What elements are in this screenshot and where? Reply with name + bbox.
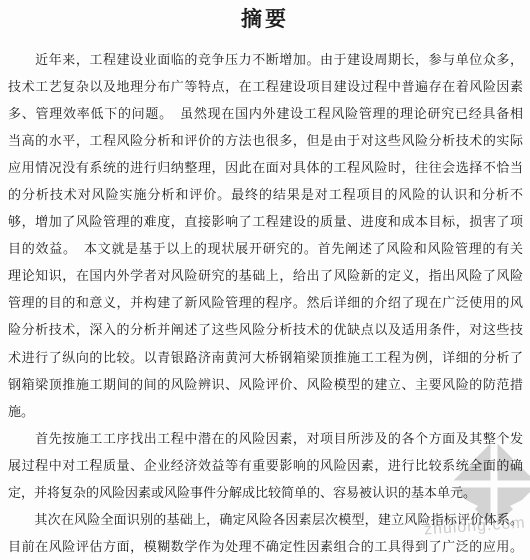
text-line: 管理的目的和意义，并构建了新风险管理的程序。然后详细的介绍了现在广泛使用的风 — [8, 289, 523, 316]
text-line: 施。 — [8, 398, 523, 425]
text-line: 定，并将复杂的风险因素或风险事件分解成比较简单的、容易被认识的基本单元。 — [8, 479, 523, 506]
text-line: 目的效益。 本文就是基于以上的现状展开研究的。首先阐述了风险和风险管理的有关 — [8, 235, 523, 262]
text-line: 首先按施工工序找出工程中潜在的风险因素，对项目所涉及的各个方面及其整个发 — [8, 425, 523, 452]
text-line: 目前在风险评估方面，模糊数学作为处理不确定性因素组合的工具得到了广泛的应用。 — [8, 533, 523, 560]
abstract-body: 近年来，工程建设业面临的竞争压力不断增加。由于建设周期长，参与单位众多，技术工艺… — [8, 46, 523, 560]
text-line: 理论知识，在国内外学者对风险研究的基础上，给出了风险新的定义，指出风险了风险 — [8, 262, 523, 289]
text-line: 其次在风险全面识别的基础上，确定风险各因素层次模型，建立风险指标评价体系。 — [8, 506, 523, 533]
text-line: 够，增加了风险管理的难度，直接影响了工程建设的质量、进度和成本目标，损害了项 — [8, 208, 523, 235]
text-line: 近年来，工程建设业面临的竞争压力不断增加。由于建设周期长，参与单位众多， — [8, 46, 523, 73]
text-line: 险分析技术，深入的分析并阐述了这些风险分析技术的优缺点以及适用条件，对这些技 — [8, 316, 523, 343]
text-line: 当高的水平，工程风险分析和评价的方法也很多，但是由于对这些风险分析技术的实际 — [8, 127, 523, 154]
text-line: 技术工艺复杂以及地理分布广等特点，在工程建设项目建设过程中普遍存在着风险因素 — [8, 73, 523, 100]
document-page: 摘要 zhulong.com 近年来，工程建设业面临的竞争压力不断增加。由于建设… — [0, 0, 530, 560]
text-line: 多、管理效率低下的问题。 虽然现在国内外建设工程风险管理的理论研究已经具备相 — [8, 100, 523, 127]
text-line: 的分析技术对风险实施分析和评价。最终的结果是对工程项目的风险的认识和分析不 — [8, 181, 523, 208]
text-line: 钢箱梁顶推施工期间的间的风险辨识、风险评价、风险模型的建立、主要风险的防范措 — [8, 371, 523, 398]
text-line: 应用情况没有系统的进行归纳整理，因此在面对具体的工程风险时，往往会选择不恰当 — [8, 154, 523, 181]
page-title: 摘要 — [0, 3, 530, 33]
text-line: 术进行了纵向的比较。以青银路济南黄河大桥钢箱梁顶推施工工程为例，详细的分析了 — [8, 344, 523, 371]
text-line: 展过程中对工程质量、企业经济效益等有重要影响的风险因素，进行比较系统全面的确 — [8, 452, 523, 479]
